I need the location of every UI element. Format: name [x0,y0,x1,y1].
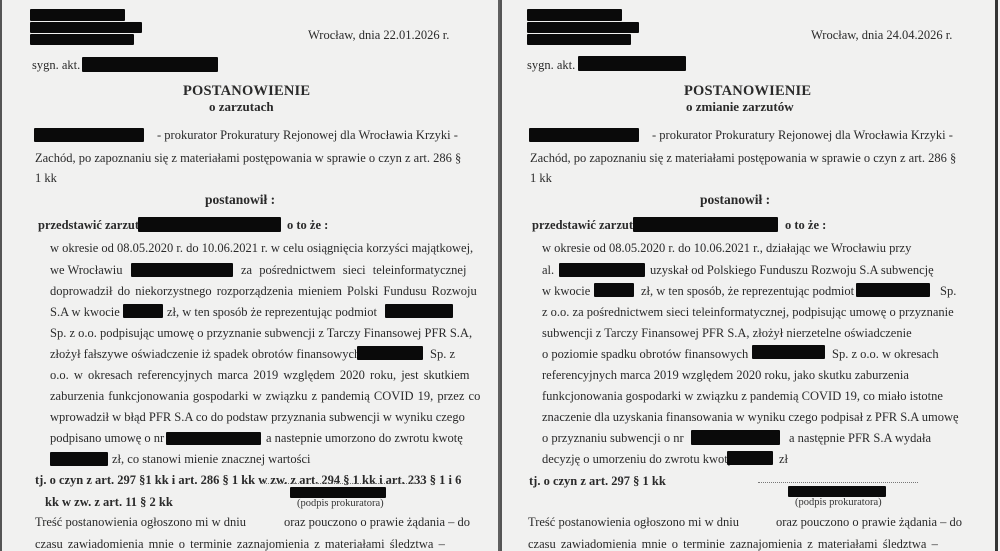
body-line-10a: o przyznaniu subwencji o nr [542,430,684,446]
body-line-10b: a nastepnie umorzono do zwrotu kwotę [266,430,463,446]
body-line-11b: zł, co stanowi mienie znacznej wartości [112,451,311,467]
redacted-header-line-2 [527,22,639,33]
document-title: POSTANOWIENIE [684,83,811,100]
intro-line-1: - prokurator Prokuratury Rejonowej dla W… [157,127,458,143]
redacted-suspect-name [633,217,778,232]
body-line-5: Sp. z o.o. podpisując umowę o przyznanie… [50,325,472,341]
redacted-company-2 [357,346,423,360]
case-number-label: sygn. akt. [527,57,575,73]
case-number-label: sygn. akt. [32,57,80,73]
signature-label: (podpis prokuratora) [297,498,384,509]
notice-line-2: czasu zawiadomienia mnie o terminie zazn… [528,536,938,551]
body-line-5: subwencji z Tarczy Finansowej PFR S.A, z… [542,325,912,341]
redacted-prosecutor-name [529,128,639,142]
body-line-8: funkcjonowania gospodarki w związku z pa… [542,388,943,404]
body-line-11a: decyzję o umorzeniu do zwrotu kwoty [542,451,734,467]
intro-line-2: Zachód, po zapoznaniu się z materiałami … [35,150,461,166]
redacted-address [131,263,233,277]
body-line-3c: Sp. [940,283,956,299]
charge-prefix: przedstawić zarzut [532,217,633,233]
body-line-11b: zł [779,451,788,467]
redacted-company-2 [752,345,825,359]
notice-line-1b: oraz pouczono o prawie żądania – do [776,514,962,530]
notice-line-1a: Treść postanowienia ogłoszono mi w dniu [35,514,246,530]
document-page-charges: Wrocław, dnia 22.01.2026 r. sygn. akt. P… [0,0,499,551]
legal-qualification-line-2: kk w zw. z art. 11 § 2 kk [45,494,173,510]
document-subtitle: o zmianie zarzutów [686,99,794,115]
body-line-6a: o poziomie spadku obrotów finansowych [542,346,748,362]
decision-heading: postanowił : [700,192,770,208]
body-line-7: o.o. w okresach referencyjnych marca 201… [50,367,470,383]
body-line-4a: S.A w kwocie [50,304,120,320]
body-line-7: referencyjnych marca 2019 względem 2020 … [542,367,909,383]
body-line-9: znaczenie dla uzyskania finansowania w w… [542,409,959,425]
document-subtitle: o zarzutach [209,99,274,115]
notice-line-2: czasu zawiadomienia mnie o terminie zazn… [35,536,445,551]
body-line-6a: złożył fałszywe oświadczenie iż spadek o… [50,346,360,362]
redacted-case-number [578,56,686,71]
redacted-street [559,263,645,277]
redacted-suspect-name [138,217,281,232]
signature-line [261,483,421,484]
redacted-header-line-1 [527,9,622,21]
legal-qualification-line-1: tj. o czyn z art. 297 §1 kk i art. 286 §… [35,472,461,488]
redacted-signature [290,487,386,498]
body-line-2a: we Wrocławiu [50,262,123,278]
intro-line-1: - prokurator Prokuratury Rejonowej dla W… [652,127,953,143]
redacted-amount [123,304,163,318]
notice-line-1b: oraz pouczono o prawie żądania – do [284,514,470,530]
body-line-2a: al. [542,262,554,278]
document-title: POSTANOWIENIE [183,83,310,100]
redacted-amount-2 [50,452,108,466]
redacted-header-line-3 [30,34,134,45]
body-line-1: w okresie od 08.05.2020 r. do 10.06.2021… [542,240,911,256]
notice-line-1a: Treść postanowienia ogłoszono mi w dniu [528,514,739,530]
redacted-header-line-2 [30,22,142,33]
redacted-signature [788,486,886,497]
redacted-amount [594,283,634,297]
body-line-1: w okresie od 08.05.2020 r. do 10.06.2021… [50,240,473,256]
signature-line [758,482,918,483]
body-line-6b: Sp. z o.o. w okresach [832,346,939,362]
redacted-amount-2 [727,451,773,465]
intro-line-3: 1 kk [35,170,57,186]
body-line-4: z o.o. za pośrednictwem sieci teleinform… [542,304,954,320]
redacted-contract-number [166,432,261,445]
place-date: Wrocław, dnia 24.04.2026 r. [811,27,952,43]
body-line-3b: zł, w ten sposób, że reprezentując podmi… [641,283,854,299]
document-page-charge-amendment: Wrocław, dnia 24.04.2026 r. sygn. akt. P… [500,0,998,551]
charge-suffix: o to że : [785,217,826,233]
body-line-3: doprowadził do niekorzystnego rozporządz… [50,283,477,299]
intro-line-3: 1 kk [530,170,552,186]
intro-line-2: Zachód, po zapoznaniu się z materiałami … [530,150,956,166]
body-line-10a: podpisano umowę o nr [50,430,164,446]
charge-suffix: o to że : [287,217,328,233]
charge-prefix: przedstawić zarzut [38,217,139,233]
redacted-company [385,304,453,318]
legal-qualification-line-1: tj. o czyn z art. 297 § 1 kk [529,473,666,489]
redacted-header-line-1 [30,9,125,21]
body-line-2b: uzyskał od Polskiego Funduszu Rozwoju S.… [650,262,934,278]
body-line-2b: za pośrednictwem sieci teleinformatyczne… [241,262,466,278]
body-line-4b: zł, w ten sposób że reprezentując podmio… [167,304,377,320]
body-line-10b: a następnie PFR S.A wydała [789,430,931,446]
redacted-company [856,283,930,297]
body-line-6b: Sp. z [430,346,455,362]
body-line-8: zaburzenia funkcjonowania gospodarki w z… [50,388,480,404]
decision-heading: postanowił : [205,192,275,208]
redacted-contract-number [691,430,780,445]
redacted-prosecutor-name [34,128,144,142]
body-line-9: wprowadził w błąd PFR S.A co do podstaw … [50,409,465,425]
redacted-case-number [82,57,218,72]
redacted-header-line-3 [527,34,631,45]
place-date: Wrocław, dnia 22.01.2026 r. [308,27,449,43]
body-line-3a: w kwocie [542,283,590,299]
signature-label: (podpis prokuratora) [795,497,882,508]
